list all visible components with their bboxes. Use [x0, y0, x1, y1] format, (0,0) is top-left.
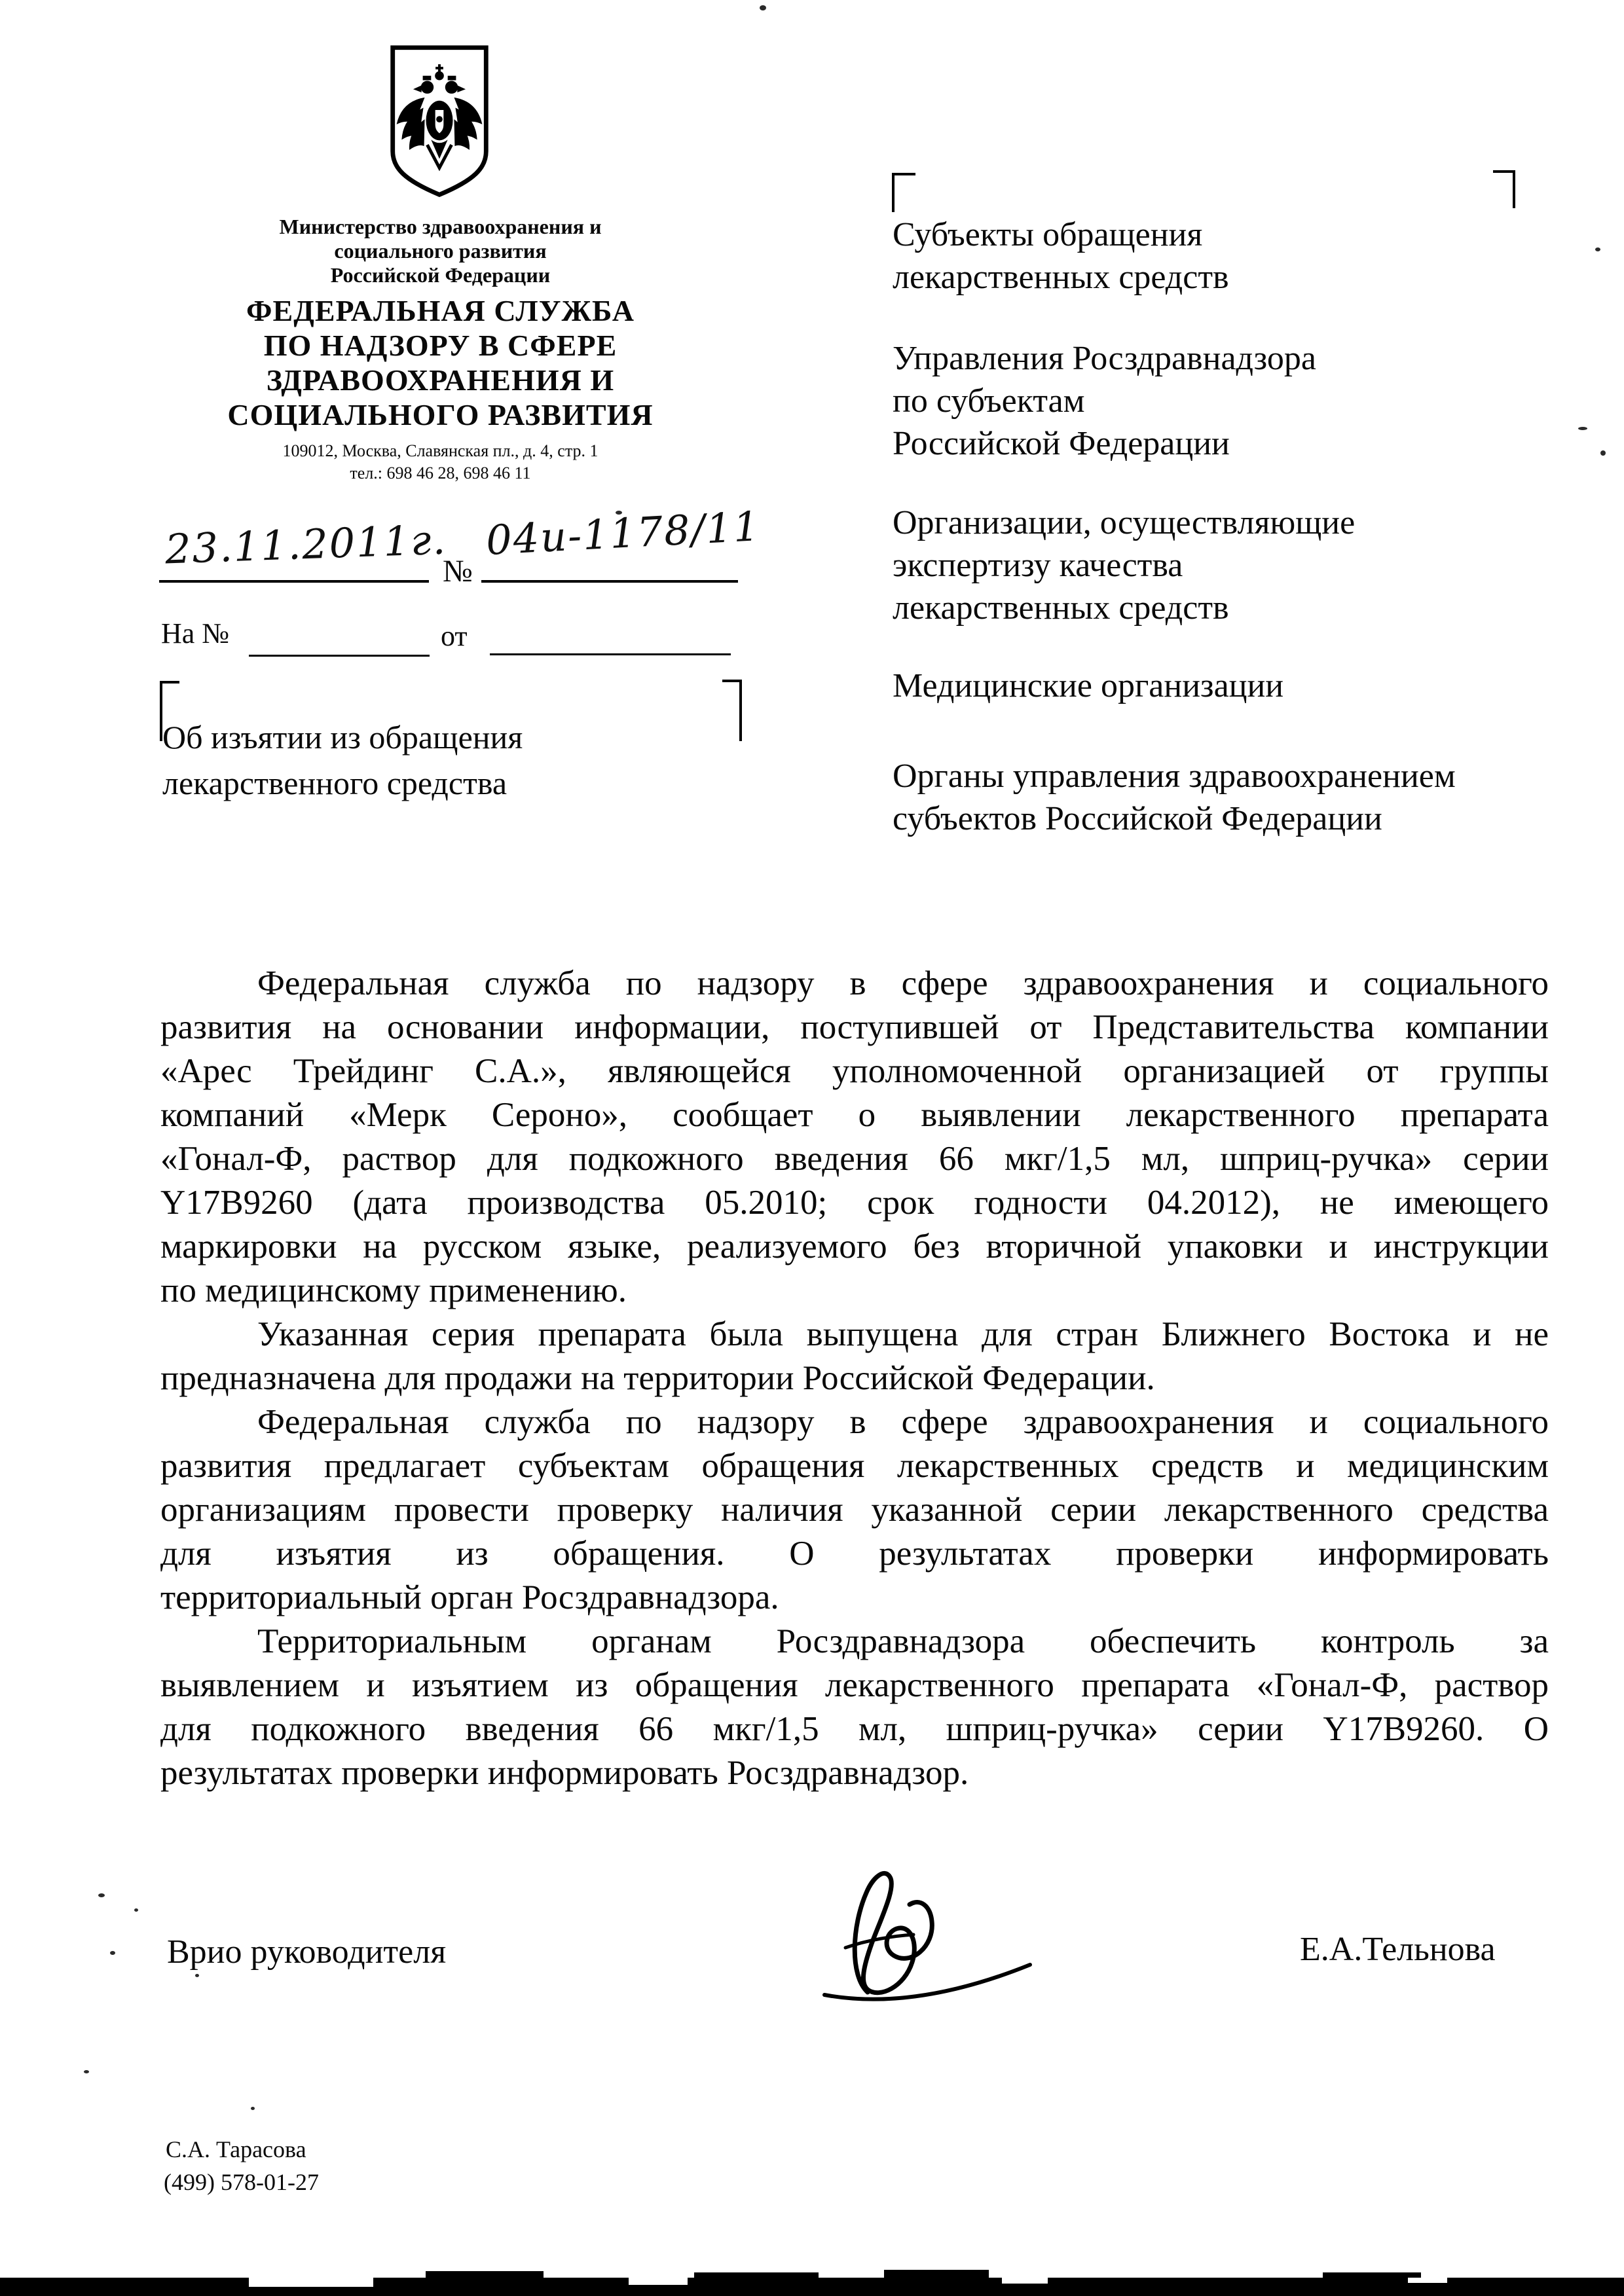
scan-edge-bar: [0, 2278, 1624, 2296]
scan-edge-bump: [694, 2272, 819, 2279]
ministry-line: социального развития: [157, 239, 724, 263]
body-line: развития на основании информации, поступ…: [160, 1006, 1549, 1050]
date-underline: [159, 580, 429, 583]
signer-title: Врио руководителя: [167, 1933, 446, 1971]
recipient-line: Субъекты обращения: [893, 213, 1547, 256]
scan-speck: [1600, 450, 1606, 456]
letterhead-address: 109012, Москва, Славянская пл., д. 4, ст…: [157, 440, 724, 462]
body-line: выявлением и изъятием из обращения лекар…: [160, 1664, 1549, 1708]
service-name: ФЕДЕРАЛЬНАЯ СЛУЖБА ПО НАДЗОРУ В СФЕРЕ ЗД…: [157, 293, 724, 432]
scan-speck: [251, 2107, 255, 2110]
outgoing-number-handwritten: 04и-1178/11: [485, 502, 762, 564]
scan-speck: [195, 1974, 199, 1977]
scan-edge-gap: [1002, 2278, 1048, 2284]
number-sign: №: [443, 553, 473, 589]
body-line: Y17B9260 (дата производства 05.2010; сро…: [160, 1182, 1549, 1226]
reply-number-underline: [249, 655, 430, 657]
service-line: ПО НАДЗОРУ В СФЕРЕ: [157, 328, 724, 363]
scan-speck: [616, 511, 622, 515]
recipient-line: экспертизу качества: [893, 544, 1547, 587]
body-line: компаний «Мерк Сероно», сообщает о выявл…: [160, 1094, 1549, 1138]
scan-speck: [134, 1908, 138, 1912]
body-line: развития предлагает субъектам обращения …: [160, 1445, 1549, 1489]
body-line: для подкожного введения 66 мкг/1,5 мл, ш…: [160, 1708, 1549, 1752]
recipient-line: лекарственных средств: [893, 587, 1547, 629]
letterhead-phone: тел.: 698 46 28, 698 46 11: [157, 462, 724, 484]
scan-speck: [1578, 427, 1587, 430]
scan-edge-gap: [1408, 2278, 1447, 2283]
letterhead-contacts: 109012, Москва, Славянская пл., д. 4, ст…: [157, 440, 724, 484]
recipient-line: Управления Росздравнадзора: [893, 337, 1547, 380]
ministry-line: Российской Федерации: [157, 263, 724, 287]
reply-from-label: от: [441, 619, 468, 653]
ministry-line: Министерство здравоохранения и: [157, 215, 724, 239]
reply-date-underline: [490, 653, 731, 655]
scan-speck: [110, 1951, 115, 1955]
recipient-line: Медицинские организации: [893, 665, 1547, 707]
body-line: «Гонал-Ф, раствор для подкожного введени…: [160, 1138, 1549, 1182]
body-line: Федеральная служба по надзору в сфере зд…: [160, 1401, 1549, 1445]
outgoing-date-handwritten: 23.11.2011г.: [164, 516, 447, 574]
recipients-corner-bracket-right: [1493, 170, 1515, 208]
signer-name: Е.А.Тельнова: [1300, 1930, 1496, 1969]
service-line: СОЦИАЛЬНОГО РАЗВИТИЯ: [157, 397, 724, 432]
recipients-corner-bracket-left: [892, 173, 915, 212]
body-line: Территориальным органам Росздравнадзора …: [160, 1620, 1549, 1664]
recipient-line: Органы управления здравоохранением: [893, 755, 1547, 797]
scan-speck: [84, 2070, 89, 2073]
body-line: организациям провести проверку наличия у…: [160, 1489, 1549, 1533]
scan-edge-bump: [426, 2271, 544, 2279]
service-line: ЗДРАВООХРАНЕНИЯ И: [157, 363, 724, 397]
recipient-line: Организации, осуществляющие: [893, 501, 1547, 544]
recipient-line: лекарственных средств: [893, 256, 1547, 299]
scan-speck: [98, 1893, 105, 1897]
scanned-letter-page: Министерство здравоохранения и социально…: [0, 0, 1624, 2296]
body-line: для изъятия из обращения. О результатах …: [160, 1533, 1549, 1576]
signature-icon: [802, 1863, 1064, 2020]
scan-edge-bump: [1323, 2272, 1421, 2279]
service-line: ФЕДЕРАЛЬНАЯ СЛУЖБА: [157, 293, 724, 328]
executor-phone: (499) 578-01-27: [164, 2167, 319, 2197]
body-line: «Арес Трейдинг С.А.», являющейся уполном…: [160, 1050, 1549, 1094]
reply-to-label: На №: [161, 617, 229, 650]
subject-line: Об изъятии из обращения: [162, 715, 752, 759]
body-line: предназначена для продажи на территории …: [160, 1357, 1549, 1401]
recipient-line: Российской Федерации: [893, 422, 1547, 465]
scan-speck: [1595, 247, 1600, 251]
scan-edge-bump: [884, 2270, 989, 2279]
body-line: маркировки на русском языке, реализуемог…: [160, 1226, 1549, 1269]
body-line: территориальный орган Росздравнадзора.: [160, 1576, 1549, 1620]
scan-edge-gap: [629, 2278, 688, 2285]
body-line: результатах проверки информировать Росзд…: [160, 1752, 1549, 1796]
number-underline: [481, 580, 738, 583]
scan-speck: [760, 5, 766, 10]
body-line: Федеральная служба по надзору в сфере зд…: [160, 962, 1549, 1006]
recipient-line: субъектов Российской Федерации: [893, 797, 1547, 840]
body-line: Указанная серия препарата была выпущена …: [160, 1313, 1549, 1357]
scan-edge-gap: [249, 2278, 373, 2287]
recipient-line: по субъектам: [893, 380, 1547, 422]
executor-name: С.А. Тарасова: [166, 2134, 306, 2164]
ministry-name: Министерство здравоохранения и социально…: [157, 215, 724, 287]
coat-of-arms-icon: [385, 41, 494, 204]
body-line: по медицинскому применению.: [160, 1269, 1549, 1313]
subject-line: лекарственного средства: [162, 761, 752, 805]
